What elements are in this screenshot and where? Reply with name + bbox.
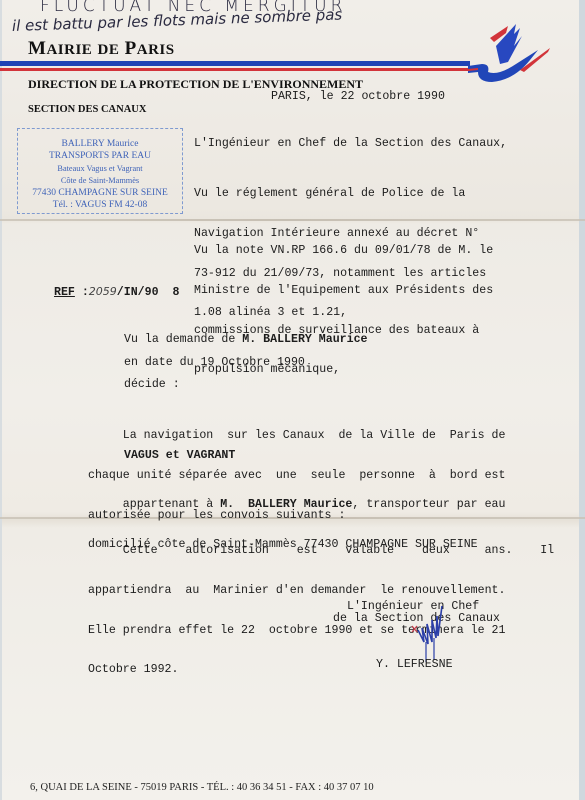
owner-prefix: appartenant à xyxy=(88,498,220,511)
title-initial: M xyxy=(28,38,46,59)
stamp-line: 77430 CHAMPAGNE SUR SEINE xyxy=(18,187,182,199)
preamble-vu-note: Vu la note VN.RP 166.6 du 09/01/78 de M.… xyxy=(194,218,493,403)
text-line: La navigation sur les Canaux de la Ville… xyxy=(88,429,505,442)
text-line: Elle prendra effet le 22 octobre 1990 et… xyxy=(88,624,554,637)
text-line: appartiendra au Marinier d'en demander l… xyxy=(88,584,554,597)
scan-edge-right xyxy=(579,0,585,800)
stamp-line: Côte de Saint-Mammès xyxy=(18,175,182,187)
footer-address: 6, QUAI DE LA SEINE - 75019 PARIS - TÉL.… xyxy=(30,782,374,793)
text-line: Cette autorisation est valable deux ans.… xyxy=(88,544,554,557)
owner-name: M. BALLERY Maurice xyxy=(220,498,352,511)
owner-suffix: , transporteur par eau xyxy=(352,498,505,511)
letterhead-red-stripe xyxy=(0,68,470,71)
reference-suffix: /IN/90 8 xyxy=(117,286,180,299)
letter-date: PARIS, le 22 octobre 1990 xyxy=(271,90,445,103)
title-part: ARIS xyxy=(137,42,175,58)
section-heading: SECTION DES CANAUX xyxy=(28,104,146,115)
title-part: DE xyxy=(98,42,120,58)
letterhead-blue-stripe xyxy=(0,61,470,66)
reference-handwritten-number: 2059 xyxy=(89,285,117,298)
reference-separator: : xyxy=(75,286,89,299)
text-line: Octobre 1992. xyxy=(88,663,554,676)
request-line: Vu la demande de M. BALLERY Maurice xyxy=(124,333,368,346)
decide-line: décide : xyxy=(124,378,180,391)
text-line: Ministre de l'Equipement aux Présidents … xyxy=(194,284,493,297)
title-initial: P xyxy=(125,38,137,59)
handwritten-signature-icon xyxy=(410,602,450,664)
stamp-line: TRANSPORTS PAR EAU xyxy=(18,150,182,162)
institution-title: MAIRIE DE PARIS xyxy=(28,38,175,60)
validity-paragraph: Cette autorisation est valable deux ans.… xyxy=(88,518,554,703)
scan-edge-left xyxy=(0,0,2,800)
stamp-line: Bateaux Vagus et Vagrant xyxy=(18,163,182,175)
reference-line: REF :2059/IN/90 8 xyxy=(54,285,179,299)
request-date: en date du 19 Octobre 1990 xyxy=(124,356,305,369)
title-part: AIRIE xyxy=(46,42,92,58)
stamp-line: Tél. : VAGUS FM 42-08 xyxy=(18,199,182,211)
request-prefix: Vu la demande de xyxy=(124,333,242,346)
company-stamp: BALLERY Maurice TRANSPORTS PAR EAU Batea… xyxy=(17,128,183,214)
boat-names: VAGUS et VAGRANT xyxy=(124,449,235,462)
preamble-author: L'Ingénieur en Chef de la Section des Ca… xyxy=(194,137,507,150)
stamp-line: BALLERY Maurice xyxy=(18,138,182,150)
text-line: appartenant à M. BALLERY Maurice, transp… xyxy=(88,498,505,511)
applicant-name: M. BALLERY Maurice xyxy=(242,333,367,346)
paris-logo-icon xyxy=(468,20,558,90)
reference-label: REF xyxy=(54,286,75,299)
text-line: Vu la note VN.RP 166.6 du 09/01/78 de M.… xyxy=(194,244,493,257)
signatory-name: Y. LEFRESNE xyxy=(376,658,453,671)
text-line: Vu le réglement général de Police de la xyxy=(194,187,486,200)
letter-page: FLUCTUAT NEC MERGITUR il est battu par l… xyxy=(0,0,585,800)
